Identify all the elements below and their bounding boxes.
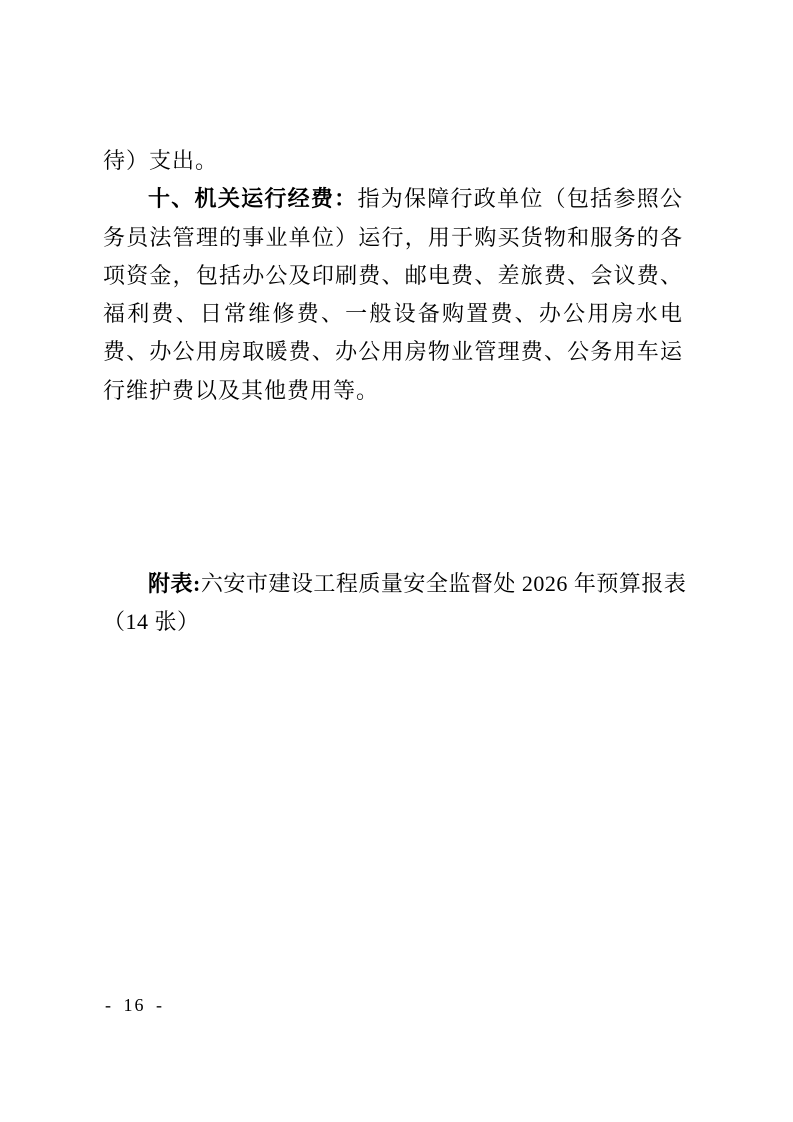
page-number: - 16 - (105, 995, 164, 1016)
attachment-note: 附表:六安市建设工程质量安全监督处 2026 年预算报表 （14 张） (103, 565, 683, 642)
attachment-note-line2: （14 张） (103, 603, 683, 641)
section-ten-body: 指为保障行政单位（包括参照公务员法管理的事业单位）运行，用于购买货物和服务的各项… (103, 186, 683, 402)
attachment-note-title: 六安市建设工程质量安全监督处 2026 年预算报表 (201, 571, 687, 596)
attachment-note-label: 附表: (148, 571, 201, 596)
page-body: 待）支出。 十、机关运行经费：指为保障行政单位（包括参照公务员法管理的事业单位）… (103, 142, 683, 642)
paragraph-continuation: 待）支出。 (103, 142, 683, 180)
attachment-note-count: （14 张） (103, 609, 200, 634)
section-ten-heading: 十、机关运行经费： (148, 186, 357, 211)
paragraph-continuation-text: 待）支出。 (103, 148, 218, 173)
attachment-note-line1: 附表:六安市建设工程质量安全监督处 2026 年预算报表 (103, 565, 683, 603)
paragraph-section-ten: 十、机关运行经费：指为保障行政单位（包括参照公务员法管理的事业单位）运行，用于购… (103, 180, 683, 410)
document-page: 待）支出。 十、机关运行经费：指为保障行政单位（包括参照公务员法管理的事业单位）… (0, 0, 793, 1122)
